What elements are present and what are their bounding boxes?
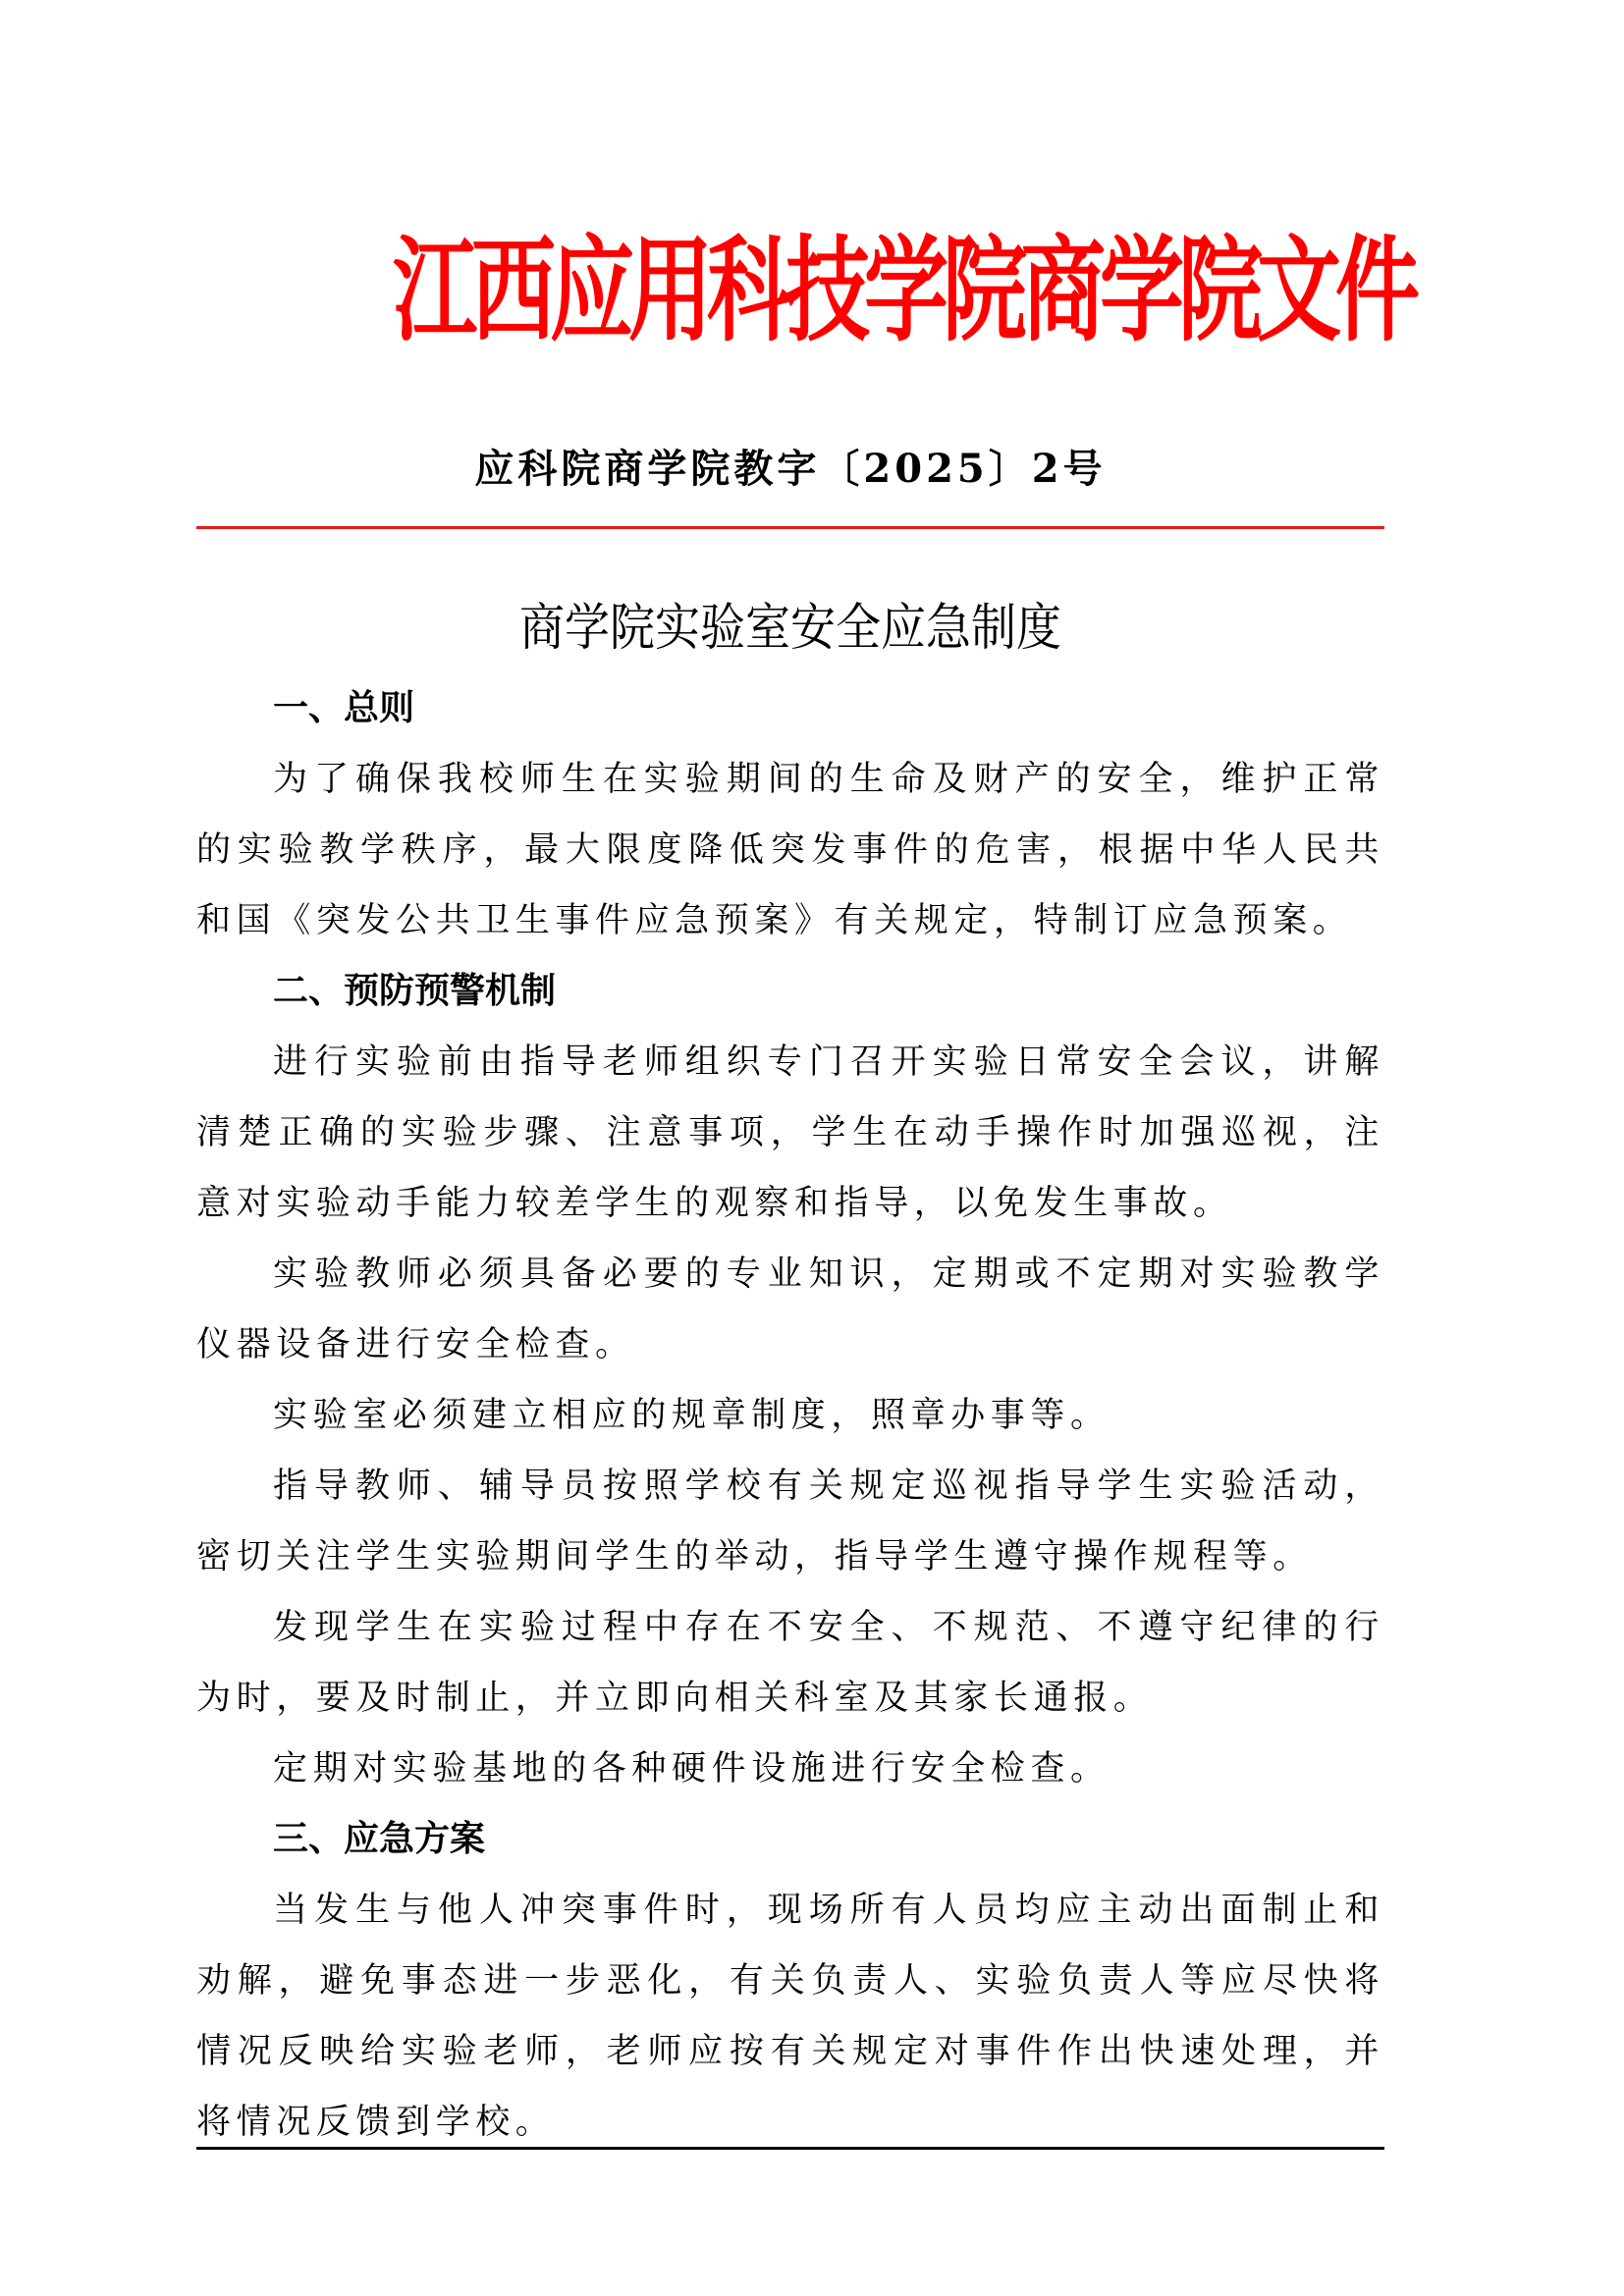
- document-body: 一、总则 为了确保我校师生在实验期间的生命及财产的安全，维护正常的实验教学秩序，…: [196, 673, 1384, 2158]
- document-title: 商学院实验室安全应急制度: [196, 589, 1384, 666]
- footer-divider: [196, 2147, 1384, 2150]
- paragraph: 进行实验前由指导老师组织专门召开实验日常安全会议，讲解清楚正确的实验步骤、注意事…: [196, 1027, 1384, 1239]
- paragraph: 为了确保我校师生在实验期间的生命及财产的安全，维护正常的实验教学秩序，最大限度降…: [196, 744, 1384, 956]
- section-heading-prevention: 二、预防预警机制: [196, 956, 1384, 1027]
- paragraph: 实验室必须建立相应的规章制度，照章办事等。: [196, 1380, 1384, 1451]
- paragraph: 指导教师、辅导员按照学校有关规定巡视指导学生实验活动，密切关注学生实验期间学生的…: [196, 1451, 1384, 1592]
- section-heading-emergency-plan: 三、应急方案: [196, 1804, 1384, 1875]
- paragraph: 当发生与他人冲突事件时，现场所有人员均应主动出面制止和劝解，避免事态进一步恶化，…: [196, 1875, 1384, 2158]
- document-page: 江西应用科技学院商学院文件 应科院商学院教字〔2025〕2号 商学院实验室安全应…: [0, 0, 1624, 2296]
- paragraph: 定期对实验基地的各种硬件设施进行安全检查。: [196, 1734, 1384, 1804]
- paragraph: 发现学生在实验过程中存在不安全、不规范、不遵守纪律的行为时，要及时制止，并立即向…: [196, 1592, 1384, 1734]
- red-divider: [196, 526, 1384, 529]
- section-heading-general: 一、总则: [196, 673, 1384, 744]
- masthead-title: 江西应用科技学院商学院文件: [393, 192, 1276, 392]
- paragraph: 实验教师必须具备必要的专业知识，定期或不定期对实验教学仪器设备进行安全检查。: [196, 1239, 1384, 1380]
- document-number: 应科院商学院教字〔2025〕2号: [196, 440, 1384, 499]
